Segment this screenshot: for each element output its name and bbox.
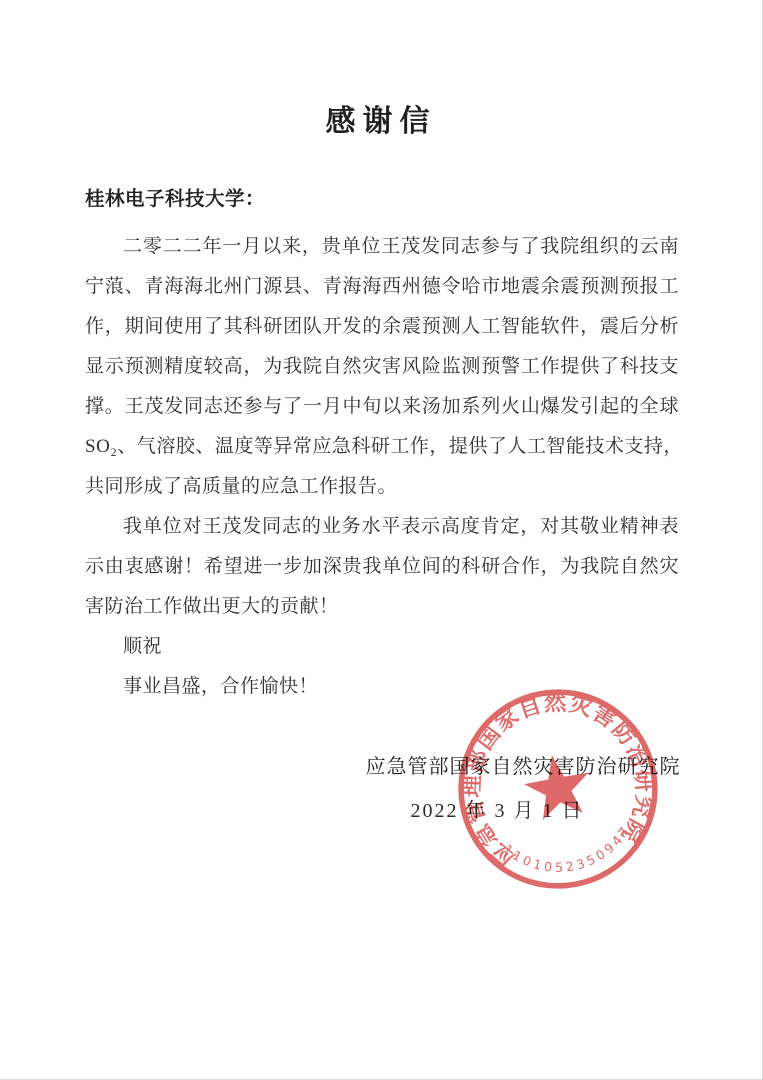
body-line: 示由衷感谢！希望进一步加深贵我单位间的科研合作，为我院自然灾 [85,547,679,587]
body-line: 显示预测精度较高，为我院自然灾害风险监测预警工作提供了科技支 [85,347,679,387]
body-line: 宁蒗、青海海北州门源县、青海海西州德令哈市地震余震预测预报工 [85,267,679,307]
signature-date: 2022 年 3 月 1 日 [330,790,664,832]
scanned-letter-page: 感谢信 桂林电子科技大学： 二零二二年一月以来，贵单位王茂发同志参与了我院组织的… [0,0,763,1080]
body-line: 撑。王茂发同志还参与了一月中旬以来汤加系列火山爆发引起的全球 [85,387,679,427]
body-line: 二零二二年一月以来，贵单位王茂发同志参与了我院组织的云南 [85,227,679,267]
body-line: SO₂、气溶胶、温度等异常应急科研工作，提供了人工智能技术支持， [85,427,679,467]
body-line: 我单位对王茂发同志的业务水平表示高度肯定，对其敬业精神表 [85,507,679,547]
body-line: 害防治工作做出更大的贡献！ [85,587,679,627]
letter-title: 感谢信 [0,96,762,140]
closing-wish: 事业昌盛，合作愉快！ [85,667,679,707]
closing-salute: 顺祝 [85,627,679,667]
salutation: 桂林电子科技大学： [85,180,679,220]
signature-organization: 应急管部国家自然灾害防治研究院 [356,746,690,788]
body-line: 作，期间使用了其科研团队开发的余震预测人工智能软件，震后分析 [85,307,679,347]
signature-block: 应急管部国家自然灾害防治研究院 2022 年 3 月 1 日 [356,746,690,832]
body-line: 共同形成了高质量的应急工作报告。 [85,467,679,507]
letter-body: 桂林电子科技大学： 二零二二年一月以来，贵单位王茂发同志参与了我院组织的云南 宁… [85,180,679,707]
